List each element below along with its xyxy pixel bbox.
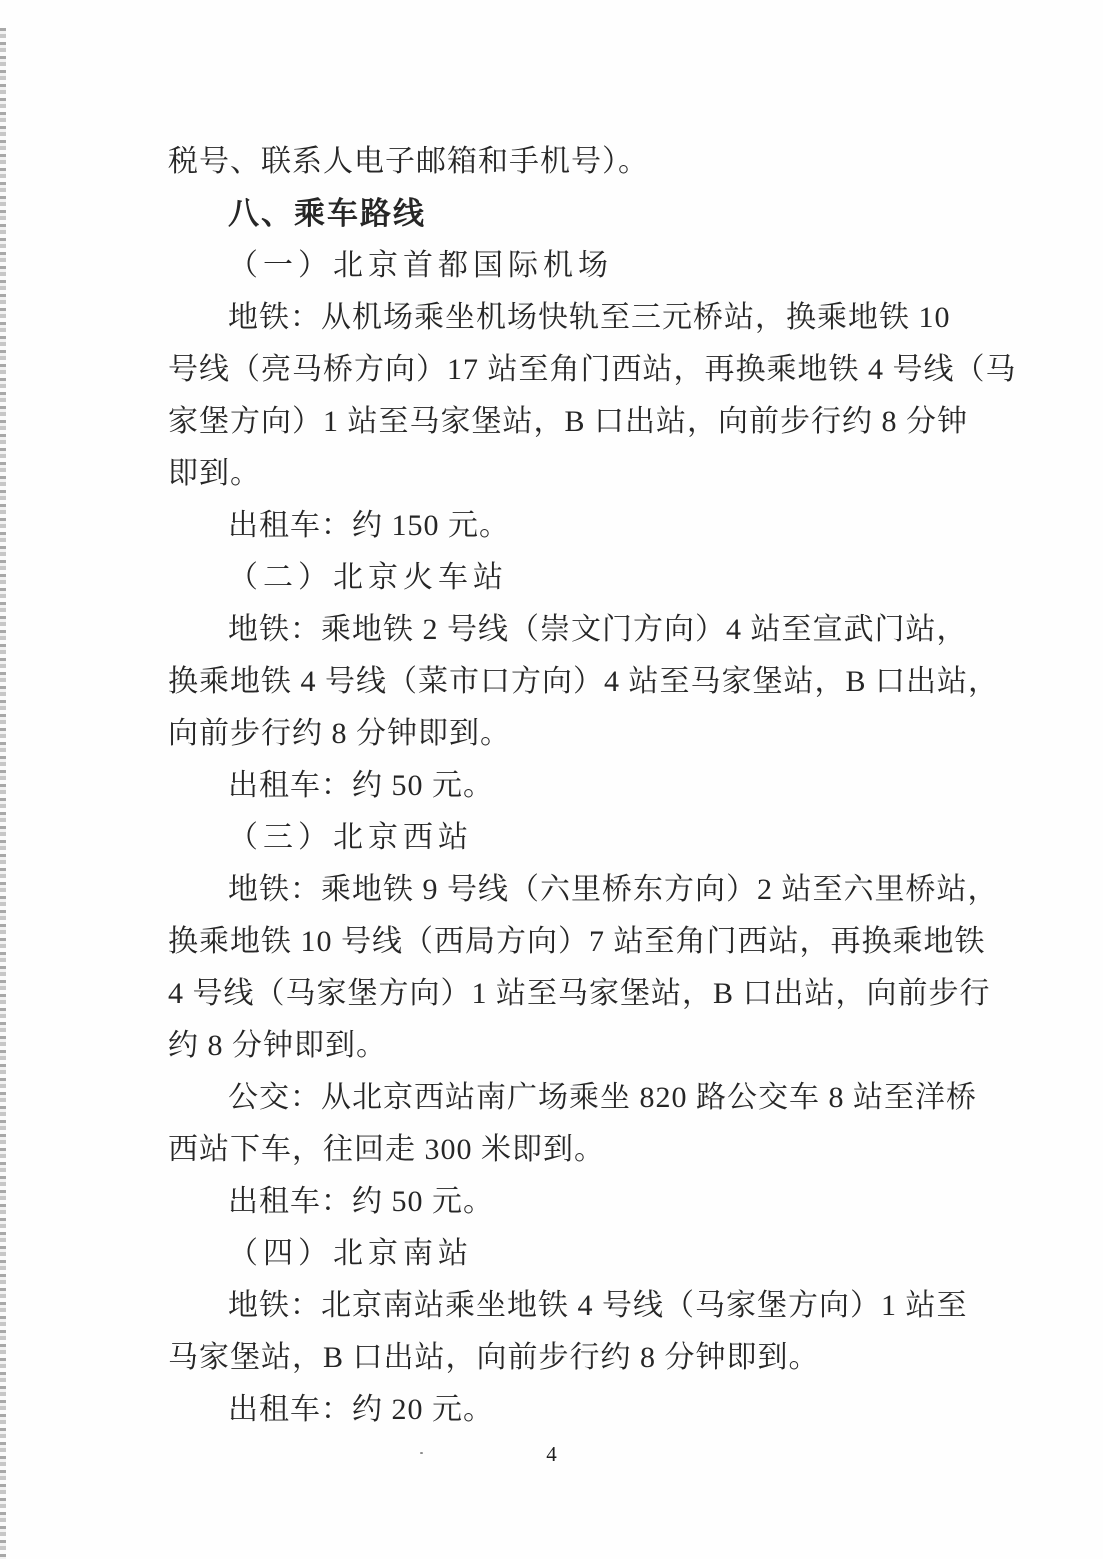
paragraph-line: 地铁：乘地铁 9 号线（六里桥东方向）2 站至六里桥站，: [168, 864, 958, 916]
scan-edge-artifact: [0, 28, 6, 1559]
paragraph-line: 号线（亮马桥方向）17 站至角门西站，再换乘地铁 4 号线（马: [168, 344, 958, 396]
document-body: 税号、联系人电子邮箱和手机号）。 八、乘车路线 （一）北京首都国际机场 地铁：从…: [168, 136, 958, 1436]
paragraph-line: 出租车：约 50 元。: [168, 1176, 958, 1228]
page-number: 4: [0, 1440, 1103, 1468]
paragraph-line: 约 8 分钟即到。: [168, 1020, 958, 1072]
paragraph-line: 出租车：约 150 元。: [168, 500, 958, 552]
paragraph-line: 公交：从北京西站南广场乘坐 820 路公交车 8 站至洋桥: [168, 1072, 958, 1124]
subsection-heading: （四）北京南站: [168, 1228, 958, 1280]
paragraph-line: 马家堡站，B 口出站，向前步行约 8 分钟即到。: [168, 1332, 958, 1384]
paragraph-line: 家堡方向）1 站至马家堡站，B 口出站，向前步行约 8 分钟: [168, 396, 958, 448]
paragraph-line: 换乘地铁 4 号线（菜市口方向）4 站至马家堡站，B 口出站，: [168, 656, 958, 708]
paragraph-line: 向前步行约 8 分钟即到。: [168, 708, 958, 760]
paragraph-line: 西站下车，往回走 300 米即到。: [168, 1124, 958, 1176]
subsection-heading: （二）北京火车站: [168, 552, 958, 604]
paragraph-line: 换乘地铁 10 号线（西局方向）7 站至角门西站，再换乘地铁: [168, 916, 958, 968]
paragraph-line: 4 号线（马家堡方向）1 站至马家堡站，B 口出站，向前步行: [168, 968, 958, 1020]
subsection-heading: （三）北京西站: [168, 812, 958, 864]
paragraph-line: 出租车：约 20 元。: [168, 1384, 958, 1436]
paragraph-line: 出租车：约 50 元。: [168, 760, 958, 812]
paragraph-line: 税号、联系人电子邮箱和手机号）。: [168, 136, 958, 188]
paragraph-line: 即到。: [168, 448, 958, 500]
subsection-heading: （一）北京首都国际机场: [168, 240, 958, 292]
paragraph-line: 地铁：乘地铁 2 号线（崇文门方向）4 站至宣武门站，: [168, 604, 958, 656]
scanned-document-page: 税号、联系人电子邮箱和手机号）。 八、乘车路线 （一）北京首都国际机场 地铁：从…: [0, 0, 1103, 1559]
paragraph-line: 地铁：从机场乘坐机场快轨至三元桥站，换乘地铁 10: [168, 292, 958, 344]
paragraph-line: 地铁：北京南站乘坐地铁 4 号线（马家堡方向）1 站至: [168, 1280, 958, 1332]
section-heading: 八、乘车路线: [168, 188, 958, 240]
